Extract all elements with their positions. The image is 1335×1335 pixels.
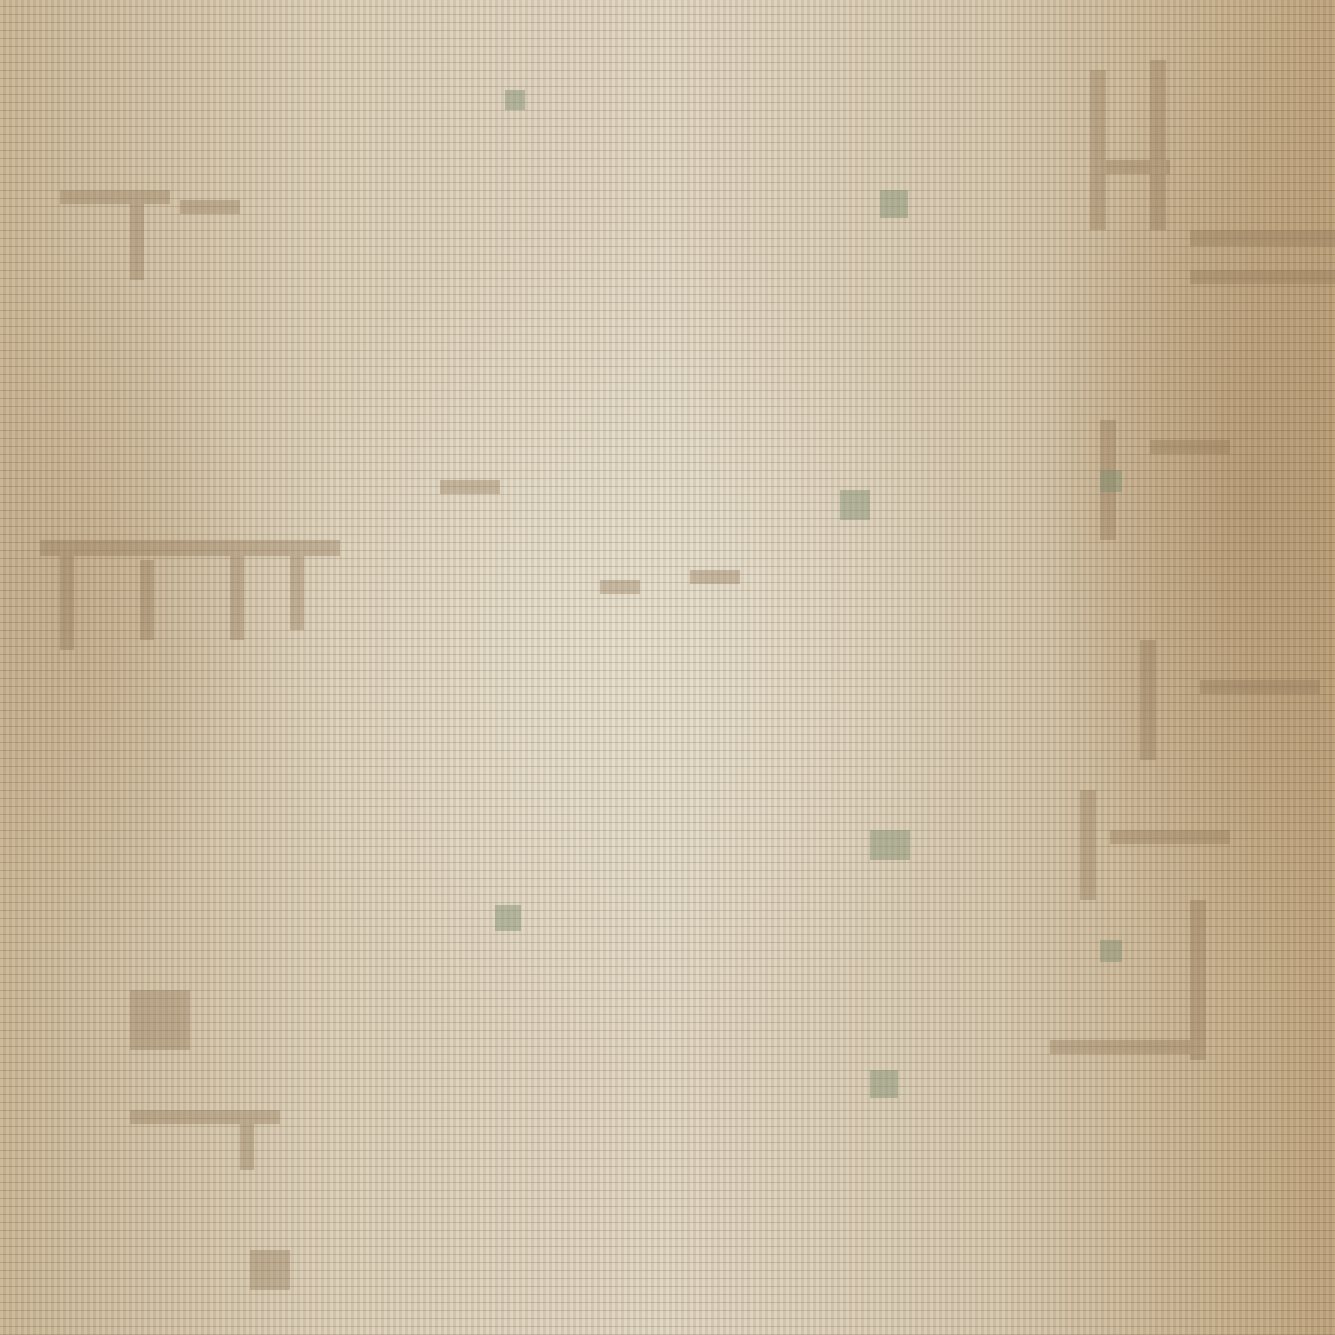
motif-layer xyxy=(0,0,1335,1335)
faded-motifs xyxy=(0,0,1335,1335)
rug-texture xyxy=(0,0,1335,1335)
